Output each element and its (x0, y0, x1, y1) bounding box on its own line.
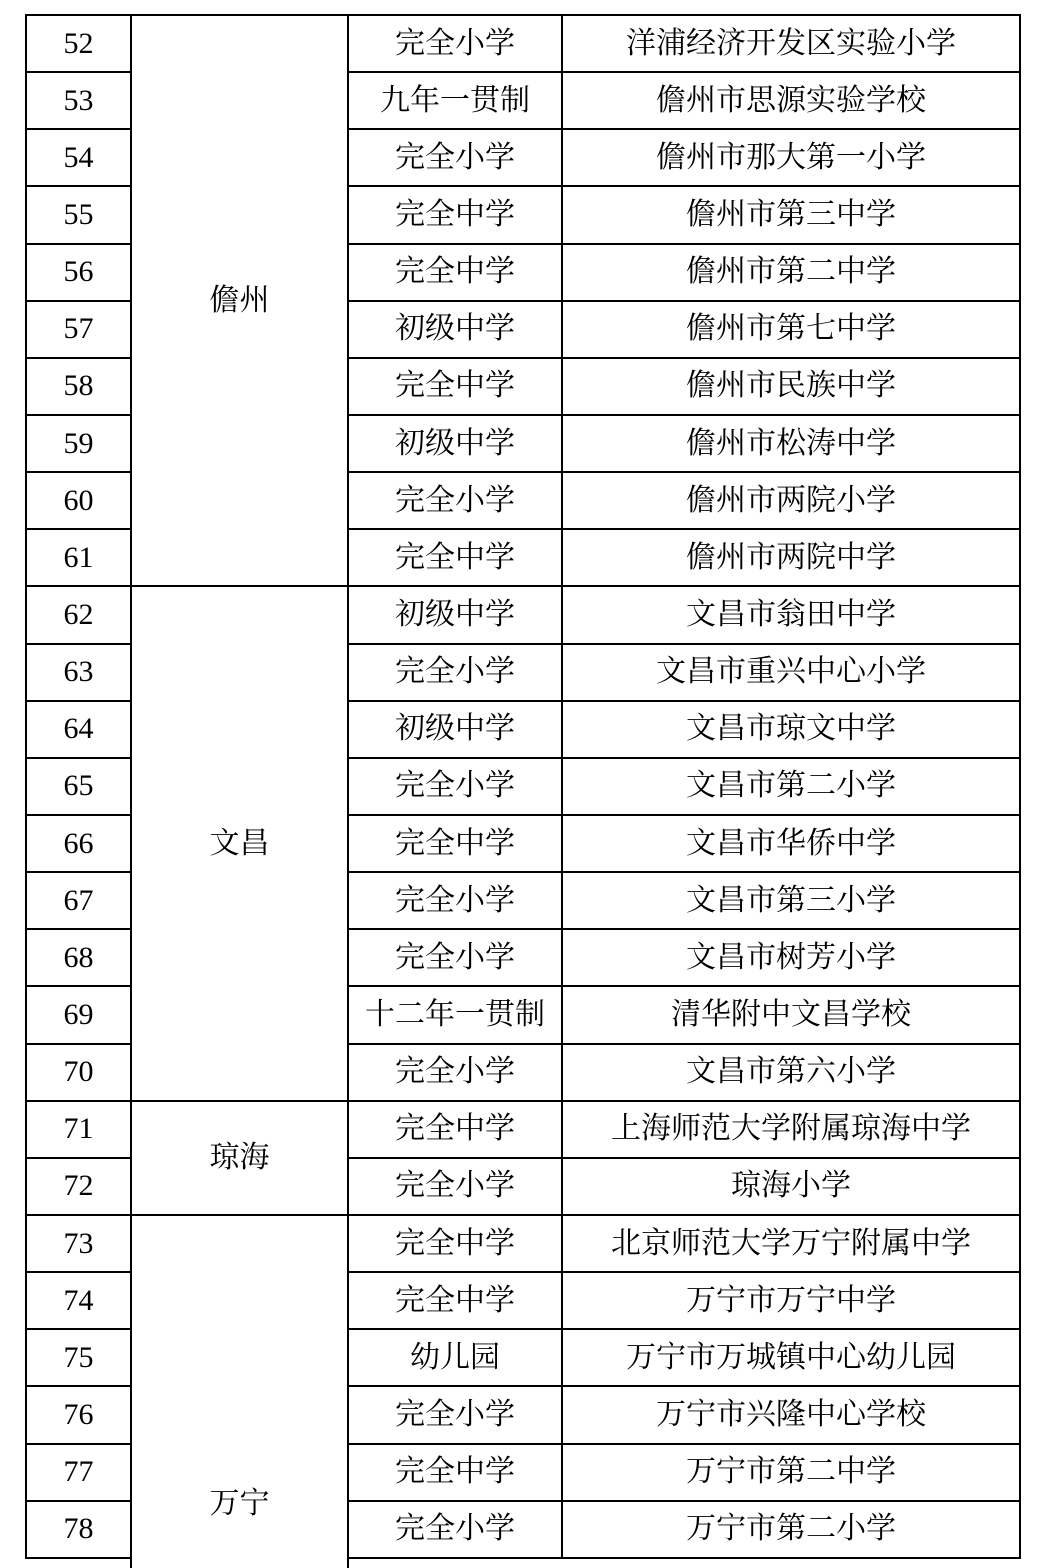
cell-number: 55 (26, 186, 131, 243)
cell-school-name: 万宁市万城镇中心幼儿园 (562, 1329, 1020, 1386)
cell-region: 万宁 (131, 1215, 348, 1558)
cell-school-type: 完全小学 (348, 15, 562, 72)
cell-school-name: 万宁市第二中学 (562, 1444, 1020, 1501)
cell-school-type: 完全小学 (348, 1044, 562, 1101)
cell-school-type: 完全中学 (348, 1444, 562, 1501)
cell-school-name: 洋浦经济开发区实验小学 (562, 15, 1020, 72)
cell-number: 57 (26, 301, 131, 358)
region-label: 琼海 (210, 1141, 270, 1174)
cell-school-type: 完全中学 (348, 186, 562, 243)
cell-number: 71 (26, 1101, 131, 1158)
cell-school-name: 文昌市华侨中学 (562, 815, 1020, 872)
school-table-body: 52儋州完全小学洋浦经济开发区实验小学53九年一贯制儋州市思源实验学校54完全小… (26, 15, 1020, 1558)
table-row: 73万宁完全中学北京师范大学万宁附属中学 (26, 1215, 1020, 1272)
cell-number: 78 (26, 1501, 131, 1558)
cell-school-name: 文昌市琼文中学 (562, 701, 1020, 758)
cell-school-type: 完全中学 (348, 1101, 562, 1158)
cell-school-name: 儋州市第三中学 (562, 186, 1020, 243)
cell-number: 52 (26, 15, 131, 72)
cell-number: 65 (26, 758, 131, 815)
cell-school-name: 琼海小学 (562, 1158, 1020, 1215)
cell-school-name: 清华附中文昌学校 (562, 986, 1020, 1043)
cell-school-type: 十二年一贯制 (348, 986, 562, 1043)
cell-school-type: 完全中学 (348, 244, 562, 301)
cell-number: 69 (26, 986, 131, 1043)
table-row: 52儋州完全小学洋浦经济开发区实验小学 (26, 15, 1020, 72)
cell-school-type: 九年一贯制 (348, 72, 562, 129)
region-column-border-extension (130, 1552, 132, 1568)
cell-number: 62 (26, 586, 131, 643)
cell-school-type: 完全小学 (348, 472, 562, 529)
cell-number: 70 (26, 1044, 131, 1101)
cell-school-name: 儋州市两院小学 (562, 472, 1020, 529)
cell-school-type: 初级中学 (348, 586, 562, 643)
cell-school-name: 文昌市第二小学 (562, 758, 1020, 815)
cell-number: 76 (26, 1386, 131, 1443)
cell-school-type: 完全中学 (348, 815, 562, 872)
cell-number: 77 (26, 1444, 131, 1501)
cell-number: 60 (26, 472, 131, 529)
cell-school-type: 完全小学 (348, 1386, 562, 1443)
cell-school-type: 初级中学 (348, 301, 562, 358)
table-row: 62文昌初级中学文昌市翁田中学 (26, 586, 1020, 643)
cell-school-type: 完全中学 (348, 358, 562, 415)
cell-school-name: 文昌市第三小学 (562, 872, 1020, 929)
cell-school-name: 文昌市重兴中心小学 (562, 644, 1020, 701)
cell-number: 64 (26, 701, 131, 758)
cell-number: 56 (26, 244, 131, 301)
cell-region: 文昌 (131, 586, 348, 1100)
cell-school-type: 完全中学 (348, 529, 562, 586)
region-label: 万宁 (132, 1489, 347, 1519)
cell-school-type: 完全小学 (348, 1501, 562, 1558)
cell-school-name: 儋州市第二中学 (562, 244, 1020, 301)
cell-school-name: 万宁市万宁中学 (562, 1272, 1020, 1329)
cell-number: 68 (26, 929, 131, 986)
cell-school-type: 完全小学 (348, 1158, 562, 1215)
cell-school-name: 上海师范大学附属琼海中学 (562, 1101, 1020, 1158)
cell-number: 61 (26, 529, 131, 586)
cell-school-type: 初级中学 (348, 701, 562, 758)
cell-school-name: 文昌市翁田中学 (562, 586, 1020, 643)
cell-school-type: 完全中学 (348, 1272, 562, 1329)
cell-school-name: 万宁市兴隆中心学校 (562, 1386, 1020, 1443)
document-page: 52儋州完全小学洋浦经济开发区实验小学53九年一贯制儋州市思源实验学校54完全小… (0, 0, 1050, 1568)
table-row: 71琼海完全中学上海师范大学附属琼海中学 (26, 1101, 1020, 1158)
cell-school-type: 初级中学 (348, 415, 562, 472)
cell-school-name: 儋州市思源实验学校 (562, 72, 1020, 129)
school-table: 52儋州完全小学洋浦经济开发区实验小学53九年一贯制儋州市思源实验学校54完全小… (25, 14, 1021, 1559)
cell-number: 63 (26, 644, 131, 701)
cell-school-type: 完全小学 (348, 758, 562, 815)
cell-school-name: 儋州市两院中学 (562, 529, 1020, 586)
cell-school-name: 文昌市第六小学 (562, 1044, 1020, 1101)
cell-number: 67 (26, 872, 131, 929)
region-label: 文昌 (210, 827, 270, 860)
cell-school-name: 文昌市树芳小学 (562, 929, 1020, 986)
cell-number: 53 (26, 72, 131, 129)
cell-school-type: 完全小学 (348, 644, 562, 701)
cell-number: 66 (26, 815, 131, 872)
cell-school-name: 儋州市民族中学 (562, 358, 1020, 415)
cell-school-type: 完全小学 (348, 872, 562, 929)
cell-number: 74 (26, 1272, 131, 1329)
cell-number: 59 (26, 415, 131, 472)
cell-school-name: 北京师范大学万宁附属中学 (562, 1215, 1020, 1272)
cell-school-type: 幼儿园 (348, 1329, 562, 1386)
cell-region: 琼海 (131, 1101, 348, 1215)
region-label: 儋州 (210, 284, 270, 317)
cell-school-type: 完全小学 (348, 129, 562, 186)
cell-school-type: 完全中学 (348, 1215, 562, 1272)
cell-number: 58 (26, 358, 131, 415)
cell-number: 73 (26, 1215, 131, 1272)
cell-number: 72 (26, 1158, 131, 1215)
cell-school-name: 儋州市第七中学 (562, 301, 1020, 358)
cell-school-name: 万宁市第二小学 (562, 1501, 1020, 1558)
cell-school-name: 儋州市那大第一小学 (562, 129, 1020, 186)
region-column-border-extension (347, 1552, 349, 1568)
cell-school-type: 完全小学 (348, 929, 562, 986)
cell-region: 儋州 (131, 15, 348, 586)
cell-school-name: 儋州市松涛中学 (562, 415, 1020, 472)
cell-number: 54 (26, 129, 131, 186)
cell-number: 75 (26, 1329, 131, 1386)
